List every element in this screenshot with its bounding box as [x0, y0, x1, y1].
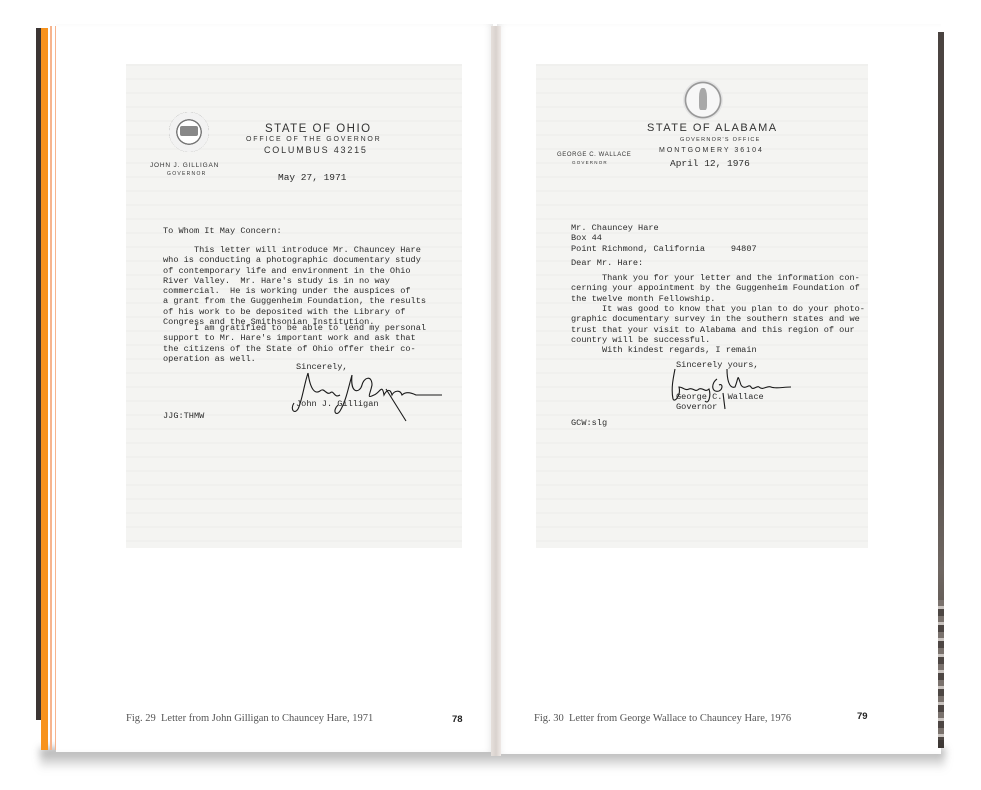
recipient-address: Mr. Chauncey Hare Box 44 Point Richmond,… — [571, 223, 757, 254]
letter-paragraph: With kindest regards, I remain — [571, 345, 757, 355]
reference-initials: GCW:slg — [571, 418, 607, 428]
letterhead-city: Montgomery 36104 — [659, 147, 764, 154]
letterhead-title: State of Ohio — [265, 123, 372, 135]
orange-page-edge — [41, 28, 48, 750]
book-gutter — [491, 26, 501, 756]
figure-caption: Fig. 29 Letter from John Gilligan to Cha… — [126, 713, 373, 724]
handwritten-signature-icon — [290, 365, 450, 425]
page-number: 78 — [452, 714, 463, 725]
figure-caption: Fig. 30 Letter from George Wallace to Ch… — [534, 713, 791, 724]
governor-title: Governor — [167, 171, 207, 177]
letter-signer: John J. Gilligan — [296, 399, 379, 409]
right-page-edge-stack — [938, 600, 944, 740]
alabama-state-seal-icon — [683, 80, 723, 120]
letter-date: April 12, 1976 — [670, 158, 750, 169]
letter-date: May 27, 1971 — [278, 172, 346, 183]
ohio-state-seal-icon — [169, 112, 209, 152]
letter-salutation: Dear Mr. Hare: — [571, 258, 643, 268]
page-number: 79 — [857, 711, 868, 722]
letter-signer: George C. Wallace Governor — [676, 392, 764, 413]
letterhead-subtitle: Governor's Office — [680, 137, 761, 143]
letterhead-title: State of Alabama — [647, 122, 778, 134]
letter-paragraph: I am gratified to be able to lend my per… — [163, 323, 426, 364]
page-edge-line — [50, 26, 52, 750]
letter-paragraph: Thank you for your letter and the inform… — [571, 273, 860, 304]
governor-title: Governor — [572, 160, 608, 165]
letter-paragraph: It was good to know that you plan to do … — [571, 304, 865, 345]
governor-name: John J. Gilligan — [150, 162, 219, 169]
letterhead-subtitle: Office of the Governor — [246, 136, 382, 143]
letterhead-city: Columbus 43215 — [264, 145, 368, 155]
reference-initials: JJG:THMW — [163, 411, 204, 421]
governor-name: George C. Wallace — [557, 152, 631, 158]
letter-salutation: To Whom It May Concern: — [163, 226, 282, 236]
letter-paragraph: This letter will introduce Mr. Chauncey … — [163, 245, 426, 327]
